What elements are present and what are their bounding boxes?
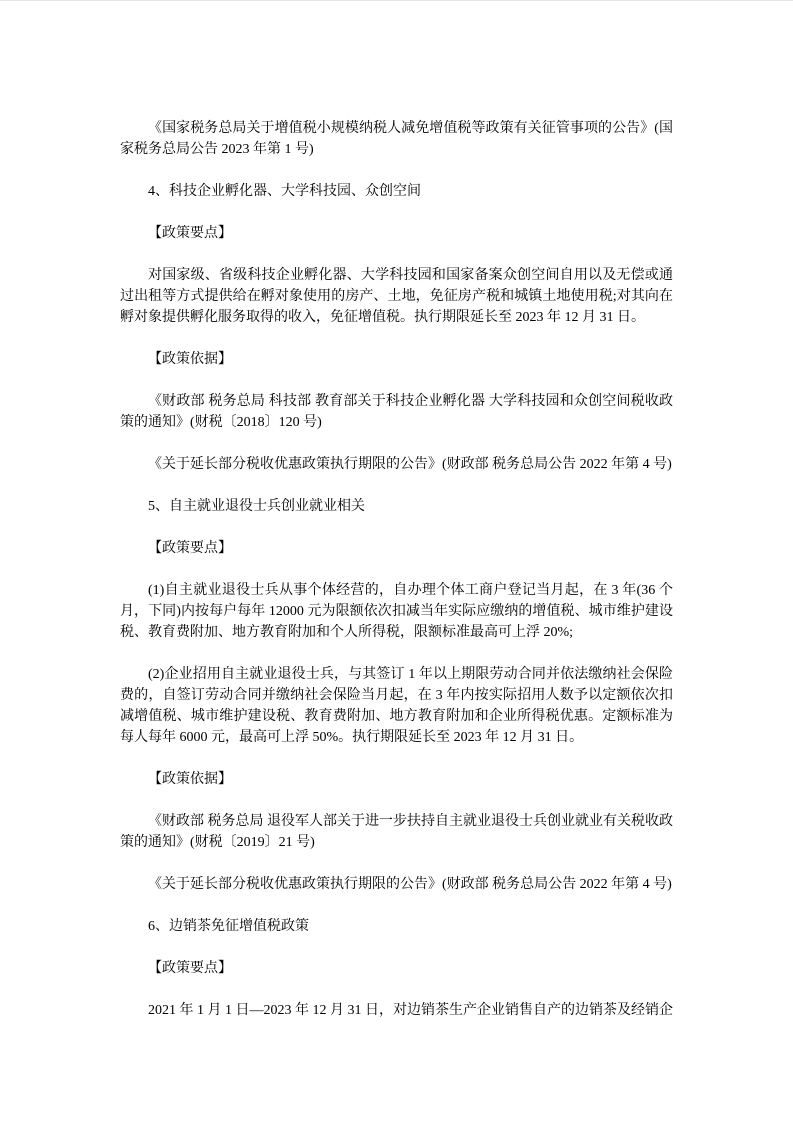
document-page: 《国家税务总局关于增值税小规模纳税人减免增值税等政策有关征管事项的公告》(国家税… (0, 0, 793, 1122)
section-6-policy-points-label: 【政策要点】 (120, 958, 673, 979)
section-4-policy-points-label: 【政策要点】 (120, 223, 673, 244)
section-5-policy-basis-label: 【政策依据】 (120, 769, 673, 790)
section-5-policy-points-label: 【政策要点】 (120, 538, 673, 559)
section-5-reference-announcement-2022-4: 《关于延长部分税收优惠政策执行期限的公告》(财政部 税务总局公告 2022 年第… (120, 874, 673, 895)
page-top-edge (0, 0, 793, 1)
reference-announcement-2023-1: 《国家税务总局关于增值税小规模纳税人减免增值税等政策有关征管事项的公告》(国家税… (120, 118, 673, 160)
section-4-reference-caishui-2018-120: 《财政部 税务总局 科技部 教育部关于科技企业孵化器 大学科技园和众创空间税收政… (120, 391, 673, 433)
section-4-policy-basis-label: 【政策依据】 (120, 349, 673, 370)
section-6-heading: 6、边销茶免征增值税政策 (120, 916, 673, 937)
section-4-heading: 4、科技企业孵化器、大学科技园、众创空间 (120, 181, 673, 202)
section-5-policy-points-item-2: (2)企业招用自主就业退役士兵，与其签订 1 年以上期限劳动合同并依法缴纳社会保… (120, 664, 673, 748)
section-5-policy-points-item-1: (1)自主就业退役士兵从事个体经营的，自办理个体工商户登记当月起，在 3 年(3… (120, 580, 673, 643)
section-6-policy-points-body: 2021 年 1 月 1 日—2023 年 12 月 31 日，对边销茶生产企业… (120, 1000, 673, 1021)
section-4-reference-announcement-2022-4: 《关于延长部分税收优惠政策执行期限的公告》(财政部 税务总局公告 2022 年第… (120, 454, 673, 475)
section-4-policy-points-body: 对国家级、省级科技企业孵化器、大学科技园和国家备案众创空间自用以及无偿或通过出租… (120, 265, 673, 328)
section-5-reference-caishui-2019-21: 《财政部 税务总局 退役军人部关于进一步扶持自主就业退役士兵创业就业有关税收政策… (120, 811, 673, 853)
section-5-heading: 5、自主就业退役士兵创业就业相关 (120, 496, 673, 517)
